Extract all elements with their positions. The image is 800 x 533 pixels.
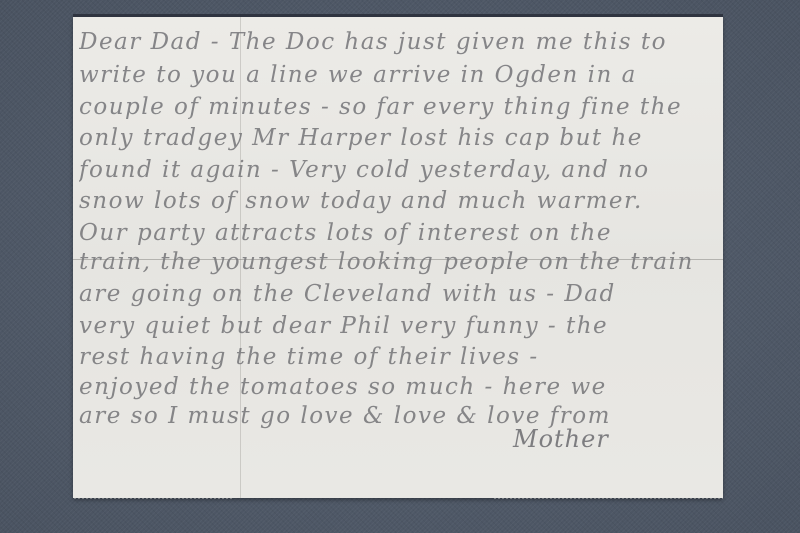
letter-line: very quiet but dear Phil very funny - th…	[79, 313, 717, 339]
letter-line: found it again - Very cold yesterday, an…	[79, 157, 717, 183]
letter-line: rest having the time of their lives -	[79, 344, 717, 370]
letter-body: Dear Dad - The Doc has just given me thi…	[73, 17, 723, 498]
letter-line: couple of minutes - so far every thing f…	[79, 94, 717, 120]
letter-line: train, the youngest looking people on th…	[79, 249, 717, 275]
signature: Mother	[513, 425, 609, 453]
letter-line: enjoyed the tomatoes so much - here we	[79, 374, 717, 400]
letter-line: are so I must go love & love & love from	[79, 403, 717, 429]
letter-line: Our party attracts lots of interest on t…	[79, 220, 717, 246]
letter-line: write to you a line we arrive in Ogden i…	[79, 62, 717, 88]
letter-paper: Dear Dad - The Doc has just given me thi…	[73, 17, 723, 498]
letter-line: snow lots of snow today and much warmer.	[79, 188, 717, 214]
letter-line: only tradgey Mr Harper lost his cap but …	[79, 125, 717, 151]
letter-line: are going on the Cleveland with us - Dad	[79, 281, 717, 307]
letter-line: Dear Dad - The Doc has just given me thi…	[79, 29, 717, 55]
